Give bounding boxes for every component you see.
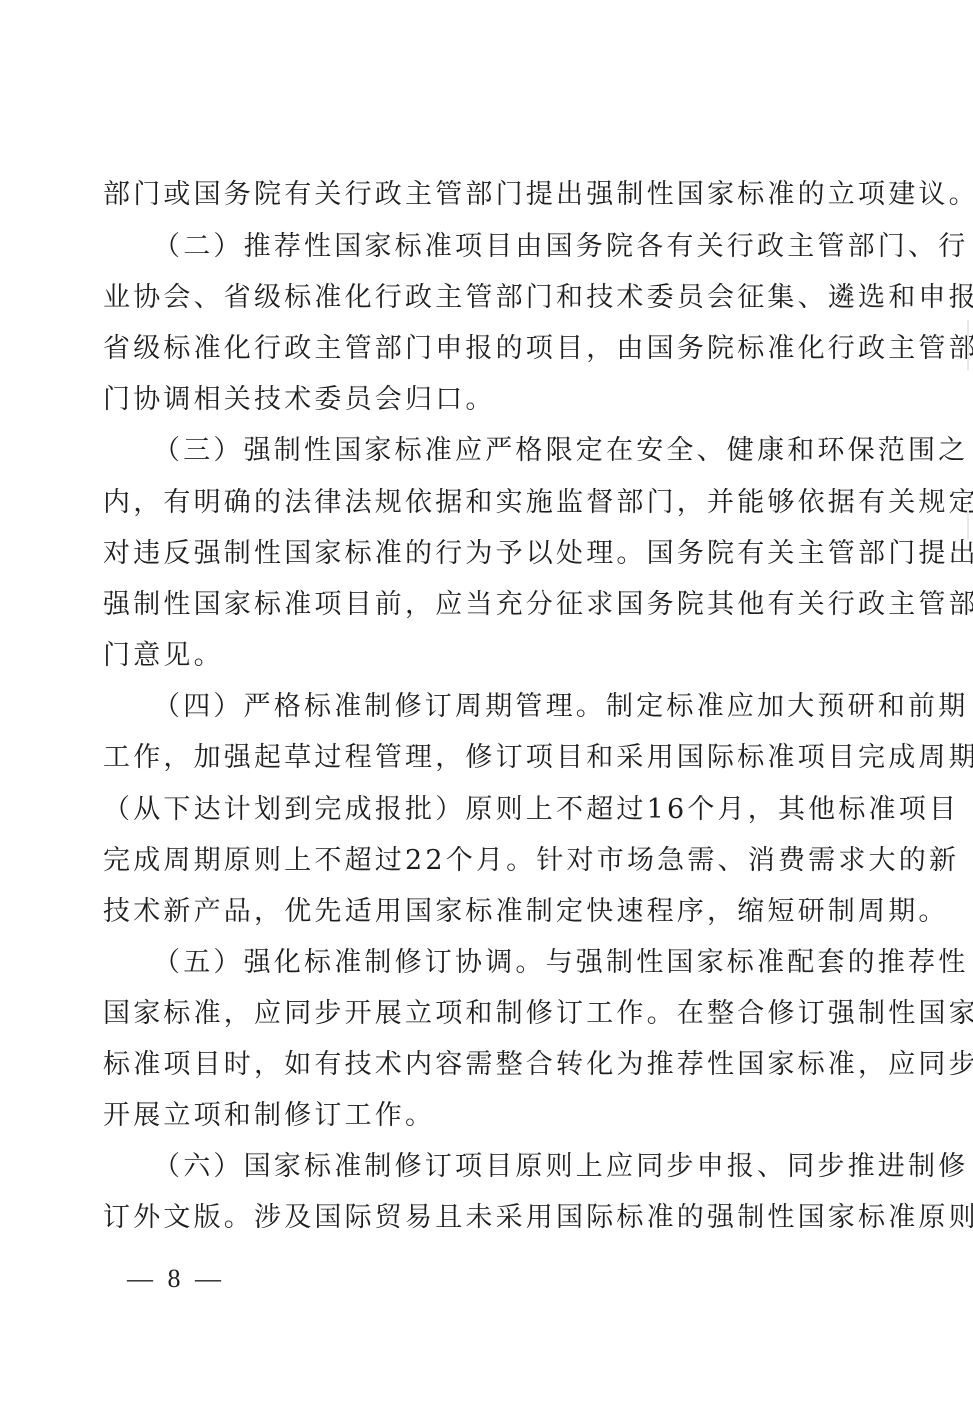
paragraph-line: 省级标准化行政主管部门申报的项目，由国务院标准化行政主管部	[103, 332, 853, 366]
paragraph-line: 国家标准，应同步开展立项和制修订工作。在整合修订强制性国家	[103, 997, 853, 1031]
paragraph-line: 门意见。	[103, 639, 853, 673]
paragraph-line: （六）国家标准制修订项目原则上应同步申报、同步推进制修	[103, 1150, 853, 1184]
paragraph-line: 门协调相关技术委员会归口。	[103, 383, 853, 417]
paragraph-line: （四）严格标准制修订周期管理。制定标准应加大预研和前期	[103, 690, 853, 724]
paragraph-line: （三）强制性国家标准应严格限定在安全、健康和环保范围之	[103, 434, 853, 468]
paragraph-line: 对违反强制性国家标准的行为予以处理。国务院有关主管部门提出	[103, 537, 853, 571]
paragraph-line: （五）强化标准制修订协调。与强制性国家标准配套的推荐性	[103, 946, 853, 980]
paragraph-line: 完成周期原则上不超过22个月。针对市场急需、消费需求大的新	[103, 844, 853, 878]
paragraph-line: 标准项目时，如有技术内容需整合转化为推荐性国家标准，应同步	[103, 1048, 853, 1082]
paragraph-line: 开展立项和制修订工作。	[103, 1099, 853, 1133]
paragraph-line: （从下达计划到完成报批）原则上不超过16个月，其他标准项目	[103, 793, 853, 827]
scan-artifact	[967, 510, 969, 540]
scan-artifact	[967, 320, 969, 370]
paragraph-line: 内，有明确的法律法规依据和实施监督部门，并能够依据有关规定	[103, 486, 853, 520]
paragraph-line: 工作，加强起草过程管理，修订项目和采用国际标准项目完成周期	[103, 741, 853, 775]
paragraph-line: （二）推荐性国家标准项目由国务院各有关行政主管部门、行	[103, 230, 853, 264]
paragraph-line: 业协会、省级标准化行政主管部门和技术委员会征集、遴选和申报。	[103, 281, 853, 315]
page-number: — 8 —	[127, 1262, 225, 1296]
paragraph-line: 强制性国家标准项目前，应当充分征求国务院其他有关行政主管部	[103, 588, 853, 622]
paragraph-line: 部门或国务院有关行政主管部门提出强制性国家标准的立项建议。	[103, 178, 853, 212]
document-page: 部门或国务院有关行政主管部门提出强制性国家标准的立项建议。 （二）推荐性国家标准…	[0, 0, 973, 1401]
paragraph-line: 技术新产品，优先适用国家标准制定快速程序，缩短研制周期。	[103, 895, 853, 929]
paragraph-line: 订外文版。涉及国际贸易且未采用国际标准的强制性国家标准原则	[103, 1201, 853, 1235]
